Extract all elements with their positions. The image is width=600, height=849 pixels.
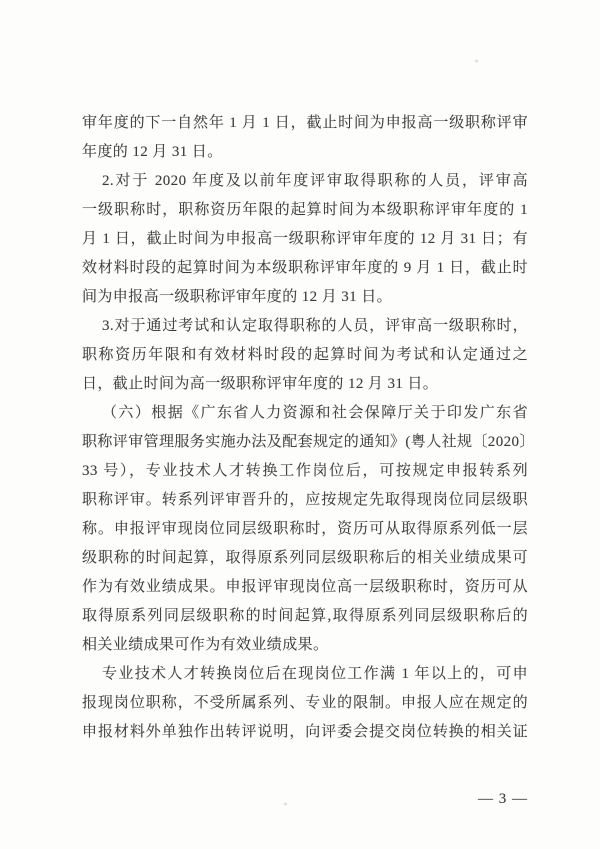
document-line: 相关业绩成果可作为有效业绩成果。: [82, 631, 528, 660]
document-line: 职称评审。转系列评审晋升的，应按规定先取得现岗位同层级职: [82, 486, 528, 515]
document-line: 申报材料外单独作出转评说明，向评委会提交岗位转换的相关证: [82, 718, 528, 747]
document-line: 日，截止时间为高一级职称评审年度的 12 月 31 日。: [82, 370, 528, 399]
scan-speck: [283, 802, 288, 806]
document-line: （六）根据《广东省人力资源和社会保障厅关于印发广东省: [82, 399, 528, 428]
scan-speck: [474, 59, 479, 63]
document-line: 职称资历年限和有效材料时段的起算时间为考试和认定通过之: [82, 341, 528, 370]
document-page: 审年度的下一自然年 1 月 1 日，截止时间为申报高一级职称评审年度的 12 月…: [0, 0, 600, 849]
document-line: 报现岗位职称，不受所属系列、专业的限制。申报人应在规定的: [82, 689, 528, 718]
document-line: 级职称的时间起算，取得原系列同层级职称后的相关业绩成果可: [82, 544, 528, 573]
document-line: 审年度的下一自然年 1 月 1 日，截止时间为申报高一级职称评审: [82, 109, 528, 138]
document-line: 职称评审管理服务实施办法及配套规定的通知》(粤人社规〔2020〕: [82, 428, 528, 457]
document-line: 一级职称时，职称资历年限的起算时间为本级职称评审年度的 1: [82, 196, 528, 225]
document-line: 2.对于 2020 年度及以前年度评审取得职称的人员，评审高: [82, 167, 528, 196]
document-line: 年度的 12 月 31 日。: [82, 138, 528, 167]
document-line: 作为有效业绩成果。申报评审现岗位高一层级职称时，资历可从: [82, 573, 528, 602]
document-line: 称。申报评审现岗位同层级职称时，资历可从取得原系列低一层: [82, 515, 528, 544]
document-line: 间为申报高一级职称评审年度的 12 月 31 日。: [82, 283, 528, 312]
document-line: 月 1 日，截止时间为申报高一级职称评审年度的 12 月 31 日；有: [82, 225, 528, 254]
document-line: 33 号），专业技术人才转换工作岗位后，可按规定申报转系列: [82, 457, 528, 486]
document-line: 取得原系列同层级职称的时间起算,取得原系列同层级职称后的: [82, 602, 528, 631]
document-line: 专业技术人才转换岗位后在现岗位工作满 1 年以上的，可申: [82, 660, 528, 689]
document-body: 审年度的下一自然年 1 月 1 日，截止时间为申报高一级职称评审年度的 12 月…: [82, 109, 528, 747]
document-line: 效材料时段的起算时间为本级职称评审年度的 9 月 1 日，截止时: [82, 254, 528, 283]
page-number: — 3 —: [478, 789, 528, 809]
document-line: 3.对于通过考试和认定取得职称的人员，评审高一级职称时，: [82, 312, 528, 341]
